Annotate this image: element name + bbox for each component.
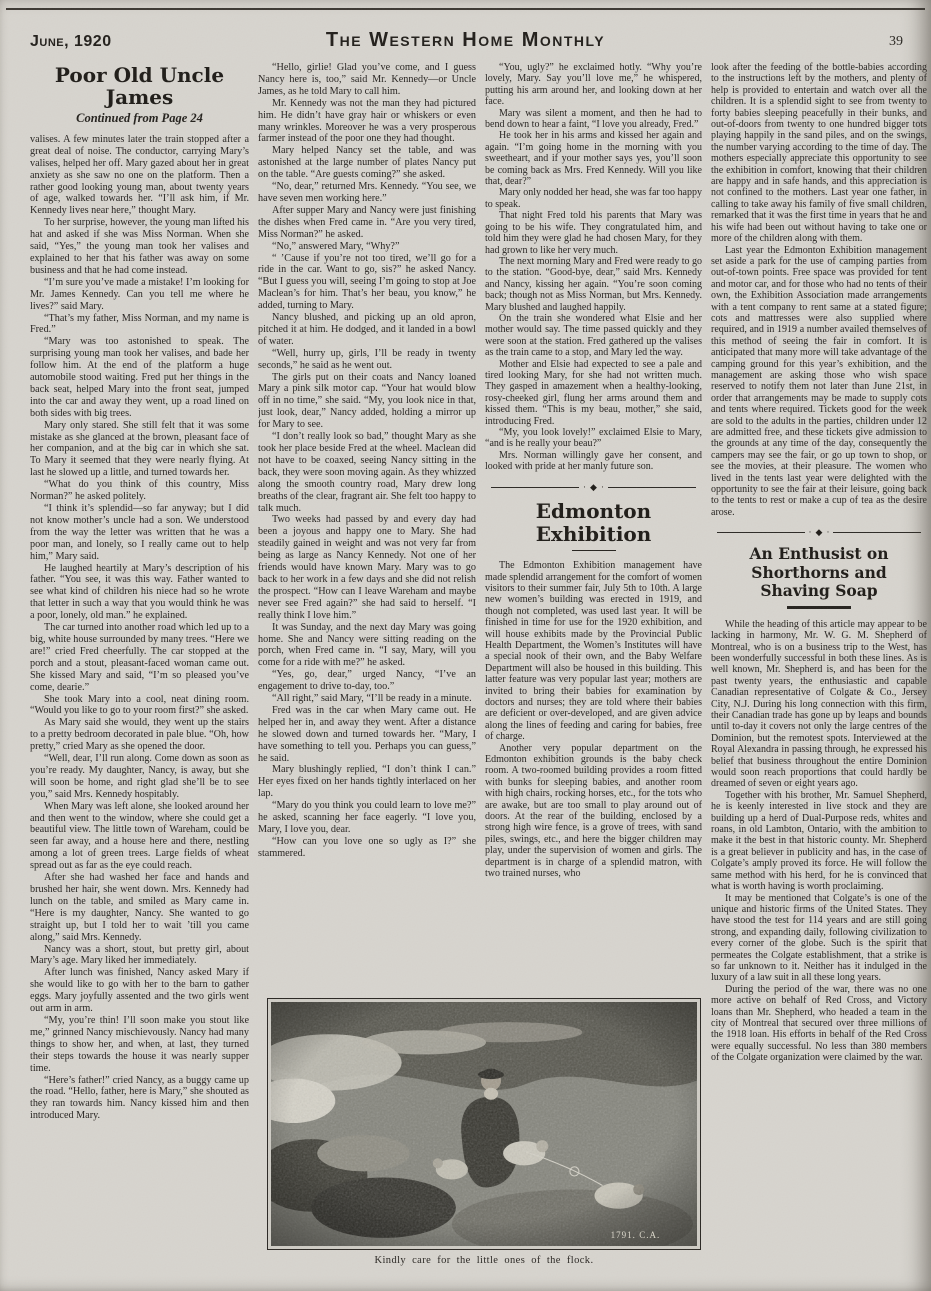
- photo-watermark: 1791. C.A.: [611, 1230, 661, 1240]
- divider-line: [491, 487, 579, 488]
- paragraph: Mary helped Nancy set the table, and was…: [258, 145, 476, 181]
- paragraph: “Hello, girlie! Glad you’ve come, and I …: [258, 62, 476, 98]
- paragraph: “Yes, go, dear,” urged Nancy, “I’ve an e…: [258, 669, 476, 693]
- story3-title-line1: An Enthusist on Shorthorns and: [750, 544, 889, 582]
- paragraph: “No,” answered Mary, “Why?”: [258, 241, 476, 253]
- photograph-shepherd-with-lambs: 1791. C.A.: [267, 998, 701, 1250]
- publication-title: The Western Home Monthly: [326, 29, 605, 52]
- paragraph: To her surprise, however, the young man …: [30, 217, 249, 277]
- paragraph: He laughed heartily at Mary’s descriptio…: [30, 563, 249, 623]
- paragraph: “That’s my father, Miss Norman, and my n…: [30, 313, 249, 337]
- paragraph: Last year the Edmonton Exhibition manage…: [711, 245, 927, 519]
- paragraph: Mr. Kennedy was not the man they had pic…: [258, 98, 476, 146]
- paragraph: The girls put on their coats and Nancy l…: [258, 372, 476, 432]
- paragraph: Another very popular department on the E…: [485, 743, 702, 880]
- divider-dot: ·: [809, 528, 812, 537]
- paragraph: “I don’t really look so bad,” thought Ma…: [258, 431, 476, 514]
- paragraph: “Well, hurry up, girls, I’ll be ready in…: [258, 348, 476, 372]
- story2-col4-text: look after the feeding of the bottle-bab…: [711, 62, 927, 518]
- paragraph: The next morning Mary and Fred were read…: [485, 256, 702, 313]
- paragraph: “I’m sure you’ve made a mistake! I’m loo…: [30, 277, 249, 313]
- photo-caption: Kindly care for the little ones of the f…: [267, 1255, 701, 1266]
- paragraph: Two weeks had passed by and every day ha…: [258, 514, 476, 621]
- paragraph: “You, ugly?” he exclaimed hotly. “Why yo…: [485, 62, 702, 108]
- paragraph: look after the feeding of the bottle-bab…: [711, 62, 927, 245]
- newspaper-page: June, 1920 The Western Home Monthly 39 P…: [0, 0, 931, 1291]
- story1-col2-text: “Hello, girlie! Glad you’ve come, and I …: [258, 62, 476, 860]
- headline-rule: [787, 606, 851, 609]
- paragraph: It may be mentioned that Colgate’s is on…: [711, 893, 927, 984]
- paragraph: Mrs. Norman willingly gave her consent, …: [485, 450, 702, 473]
- paragraph: The car turned into another road which l…: [30, 622, 249, 693]
- paragraph: valises. A few minutes later the train s…: [30, 134, 249, 217]
- story1-continued-note: Continued from Page 24: [30, 113, 249, 125]
- story1-title: Poor Old Uncle James: [30, 64, 249, 108]
- paragraph: As Mary said she would, they went up the…: [30, 717, 249, 753]
- paragraph: “No, dear,” returned Mrs. Kennedy. “You …: [258, 181, 476, 205]
- section-divider-ornament: ·◆·: [491, 483, 696, 492]
- divider-dot: ·: [583, 483, 586, 492]
- paragraph: Nancy was a short, stout, but pretty gir…: [30, 944, 249, 968]
- paragraph: Mother and Elsie had expected to see a p…: [485, 359, 702, 427]
- paragraph: “I think it’s splendid—so far anyway; bu…: [30, 503, 249, 563]
- photo-vignette: [271, 1002, 697, 1246]
- paragraph: After supper Mary and Nancy were just fi…: [258, 205, 476, 241]
- paragraph: “Mary was too astonished to speak. The s…: [30, 336, 249, 419]
- paragraph: Mary blushingly replied, “I don’t think …: [258, 764, 476, 800]
- page-number: 39: [889, 34, 903, 50]
- story3-title: An Enthusist on Shorthorns andShaving So…: [711, 545, 927, 601]
- paragraph: “Here’s father!” cried Nancy, as a buggy…: [30, 1075, 249, 1123]
- paragraph: Mary only nodded her head, she was far t…: [485, 187, 702, 210]
- photo-illustration: 1791. C.A.: [271, 1002, 697, 1246]
- paragraph: On the train she wondered what Elsie and…: [485, 313, 702, 359]
- column-1: Poor Old Uncle James Continued from Page…: [30, 62, 249, 1288]
- paragraph: Fred was in the car when Mary came out. …: [258, 705, 476, 765]
- divider-line: [833, 532, 921, 533]
- divider-dot: ·: [601, 483, 604, 492]
- paragraph: Mary was silent a moment, and then he ha…: [485, 108, 702, 131]
- paragraph: Nancy blushed, and picking up an old apr…: [258, 312, 476, 348]
- headline-rule: [572, 550, 616, 552]
- paragraph: That night Fred told his parents that Ma…: [485, 210, 702, 256]
- divider-diamond-icon: ◆: [590, 483, 597, 492]
- column-4: look after the feeding of the bottle-bab…: [711, 62, 927, 1288]
- paragraph: Mary only stared. She still felt that it…: [30, 420, 249, 480]
- paragraph: She took Mary into a cool, neat dining r…: [30, 694, 249, 718]
- story1-col1-text: valises. A few minutes later the train s…: [30, 134, 249, 1122]
- story3-title-line2: Shaving Soap: [760, 581, 877, 600]
- paragraph: “Well, dear, I’ll run along. Come down a…: [30, 753, 249, 801]
- paragraph: Together with his brother, Mr. Samuel Sh…: [711, 790, 927, 893]
- paragraph: “My, you’re thin! I’ll soon make you sto…: [30, 1015, 249, 1075]
- story3-col4-text: While the heading of this article may ap…: [711, 619, 927, 1064]
- story2-title: Edmonton Exhibition: [485, 500, 702, 546]
- paragraph: It was Sunday, and the next day Mary was…: [258, 622, 476, 670]
- issue-date: June, 1920: [30, 33, 112, 51]
- story1-col3-text: “You, ugly?” he exclaimed hotly. “Why yo…: [485, 62, 702, 473]
- story2-col3-text: The Edmonton Exhibition management have …: [485, 560, 702, 879]
- paragraph: After lunch was finished, Nancy asked Ma…: [30, 967, 249, 1015]
- divider-line: [608, 487, 696, 488]
- paragraph: “What do you think of this country, Miss…: [30, 479, 249, 503]
- paragraph: “How can you love one so ugly as I?” she…: [258, 836, 476, 860]
- divider-diamond-icon: ◆: [816, 528, 823, 537]
- paragraph: “My, you look lovely!” exclaimed Elsie t…: [485, 427, 702, 450]
- paragraph: “ ’Cause if you’re not too tired, we’ll …: [258, 253, 476, 313]
- paragraph: After she had washed her face and hands …: [30, 872, 249, 943]
- paragraph: When Mary was left alone, she looked aro…: [30, 801, 249, 872]
- paragraph: He took her in his arms and kissed her a…: [485, 130, 702, 187]
- column-3: “You, ugly?” he exclaimed hotly. “Why yo…: [485, 62, 702, 996]
- paragraph: “All right,” said Mary, “I’ll be ready i…: [258, 693, 476, 705]
- paragraph: While the heading of this article may ap…: [711, 619, 927, 790]
- paragraph: “Mary do you think you could learn to lo…: [258, 800, 476, 836]
- paragraph: The Edmonton Exhibition management have …: [485, 560, 702, 743]
- divider-line: [717, 532, 805, 533]
- section-divider-ornament: ·◆·: [717, 528, 921, 537]
- divider-dot: ·: [826, 528, 829, 537]
- column-2: “Hello, girlie! Glad you’ve come, and I …: [258, 62, 476, 990]
- paragraph: During the period of the war, there was …: [711, 984, 927, 1064]
- top-rule: [6, 8, 925, 10]
